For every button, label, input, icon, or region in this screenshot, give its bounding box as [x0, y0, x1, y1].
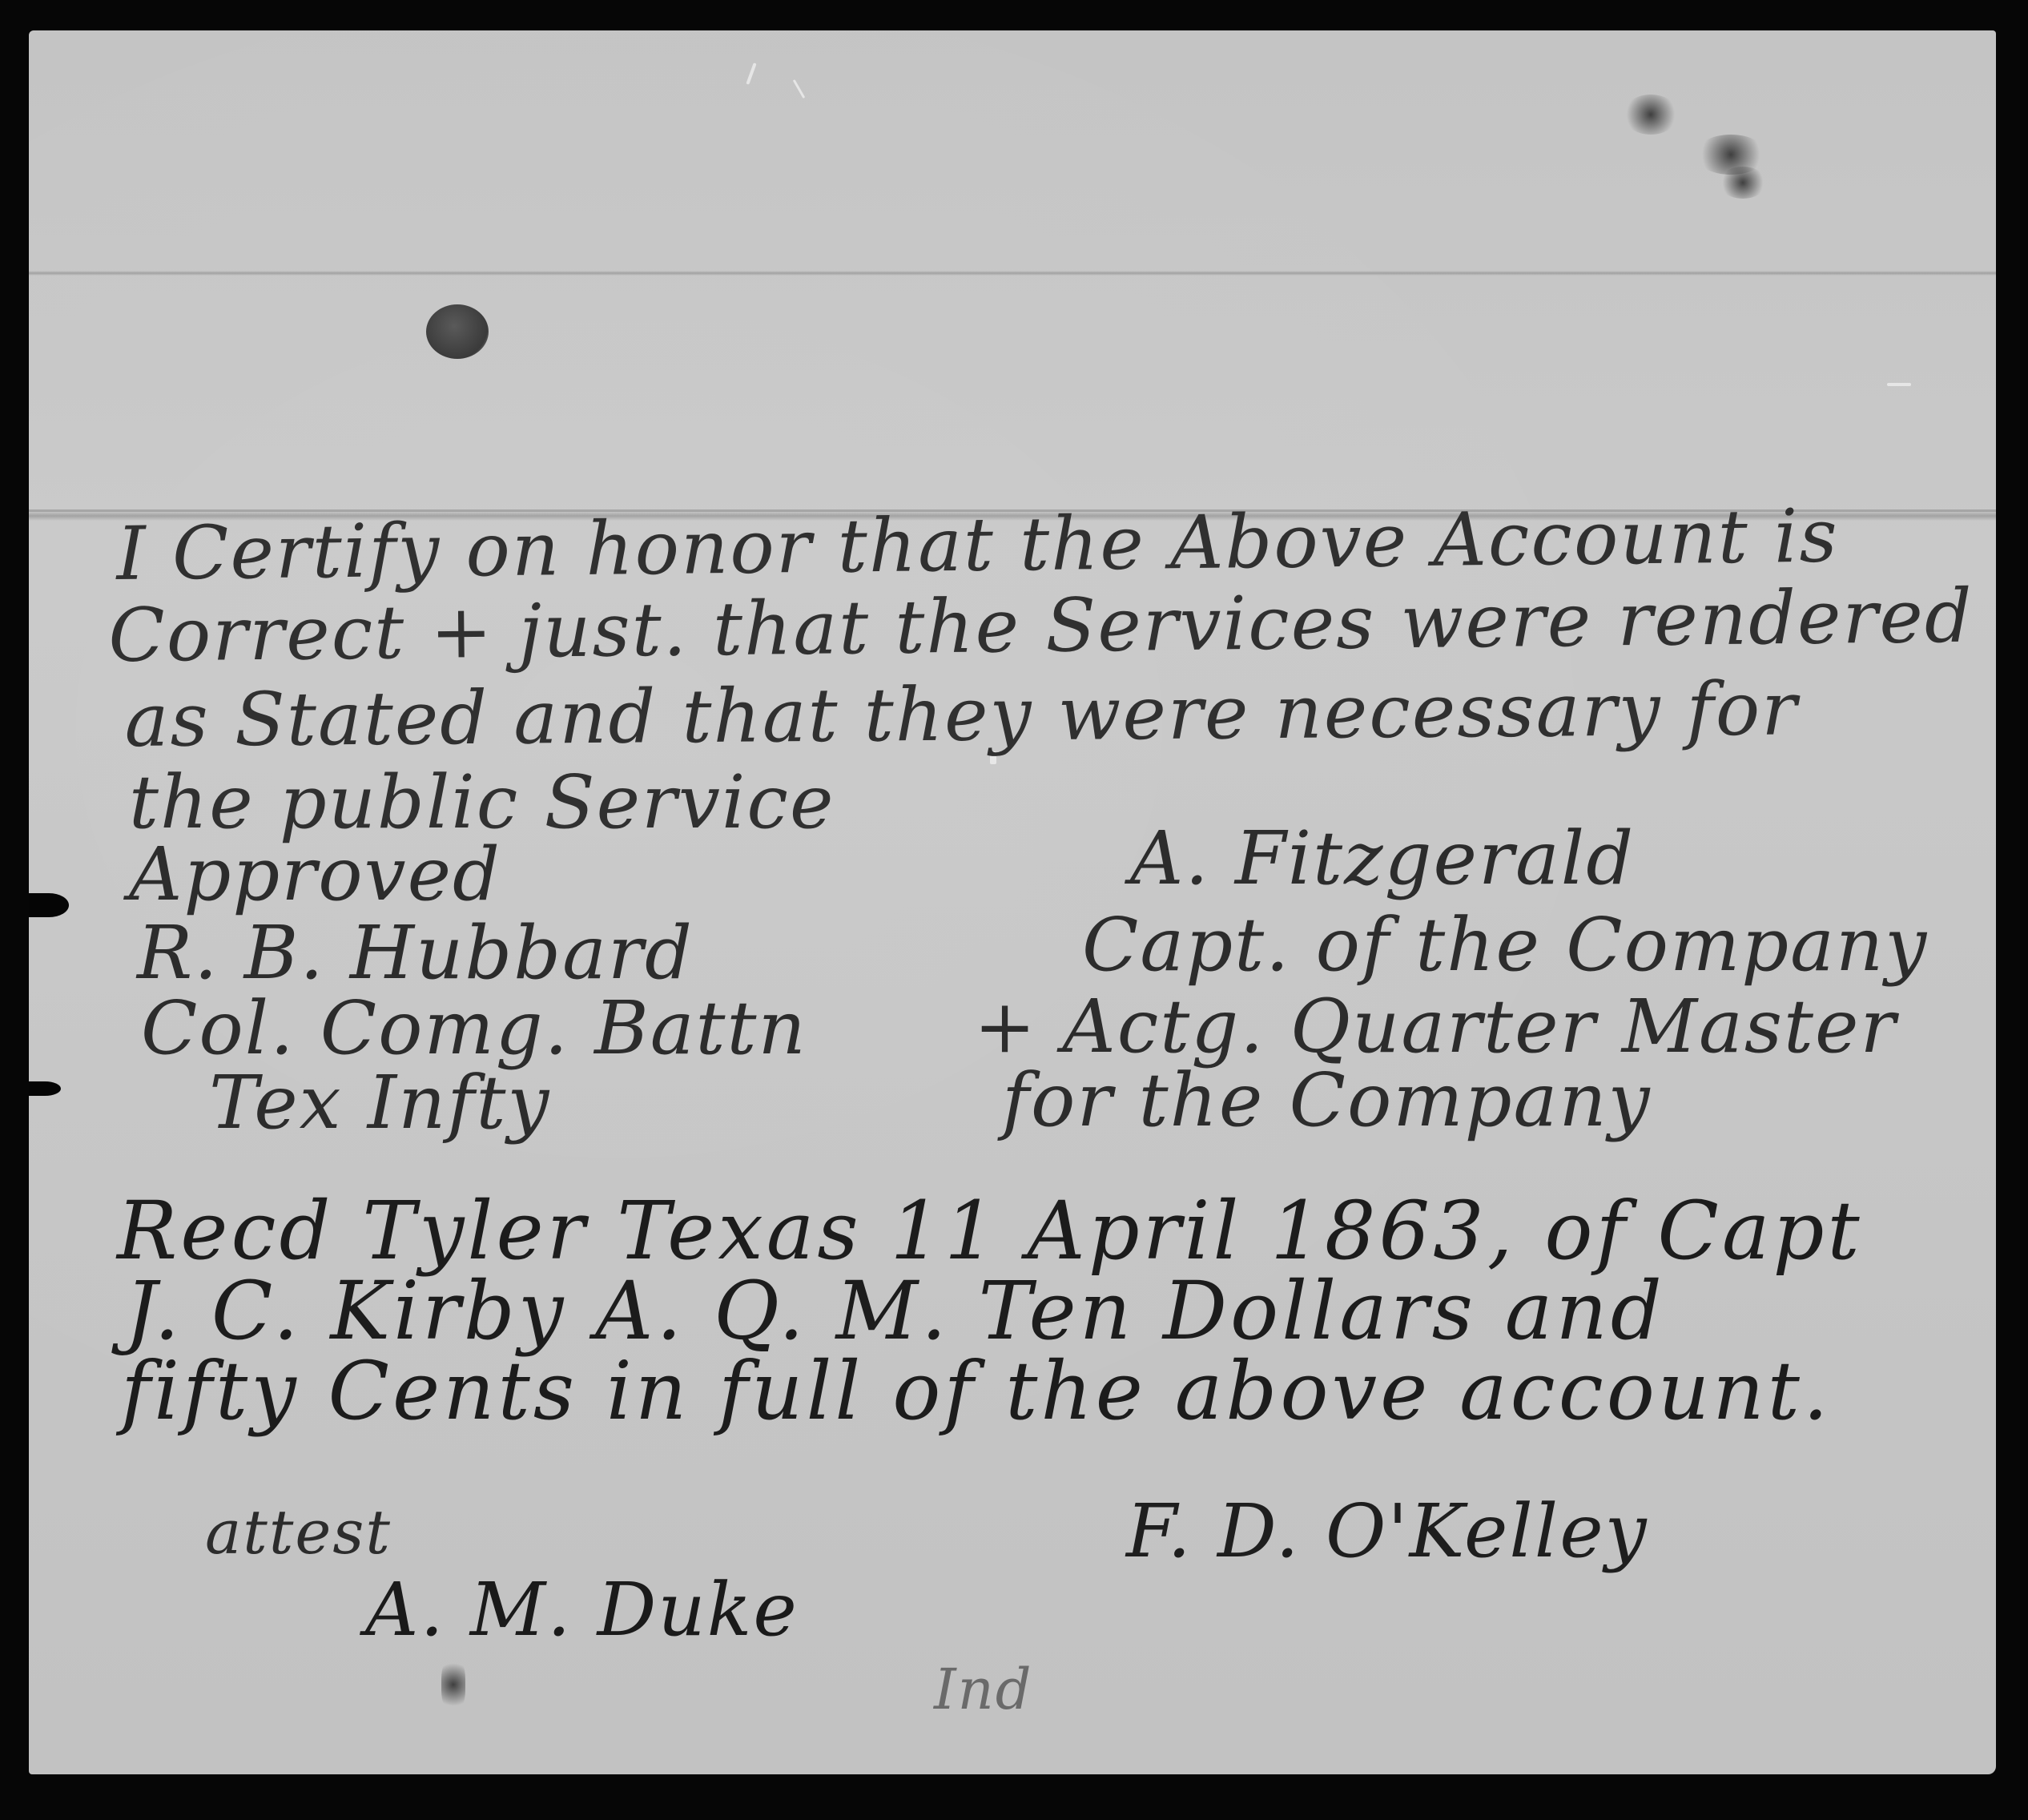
paper-speck — [793, 79, 806, 99]
ink-smudge — [1623, 95, 1679, 135]
certifier-name: A. Fitzgerald — [1130, 815, 1635, 901]
scan-canvas: I Certify on honor that the Above Accoun… — [0, 0, 2028, 1820]
witness-signature: A. M. Duke — [365, 1567, 799, 1653]
document-paper: I Certify on honor that the Above Accoun… — [29, 30, 1996, 1774]
ink-smudge — [441, 1657, 465, 1713]
fold-line — [29, 271, 1996, 276]
paper-edge-notch — [29, 1081, 61, 1096]
receipt-line-3: fifty Cents in full of the above account… — [121, 1344, 1832, 1438]
approver-name: R. B. Hubbard — [137, 910, 694, 996]
payee-signature: F. D. O'Kelley — [1126, 1488, 1648, 1574]
approver-title-1: Col. Comg. Battn — [141, 985, 807, 1071]
approved-label: Approved — [129, 831, 501, 917]
certifier-title-1: Capt. of the Company — [1082, 902, 1928, 988]
paper-speck — [1887, 383, 1911, 386]
certifier-title-2: + Actg. Quarter Master — [974, 984, 1897, 1069]
paper-speck — [746, 62, 756, 85]
certifier-title-3: for the Company — [1002, 1057, 1652, 1143]
attest-label: attest — [205, 1496, 392, 1568]
ind-mark: Ind — [934, 1657, 1033, 1722]
ink-blot — [426, 304, 489, 359]
certification-line-3: as Stated and that they were necessary f… — [124, 666, 1798, 763]
paper-edge-notch — [29, 893, 69, 917]
approver-title-2: Tex Infty — [209, 1060, 550, 1146]
ink-smudge — [1719, 167, 1767, 199]
